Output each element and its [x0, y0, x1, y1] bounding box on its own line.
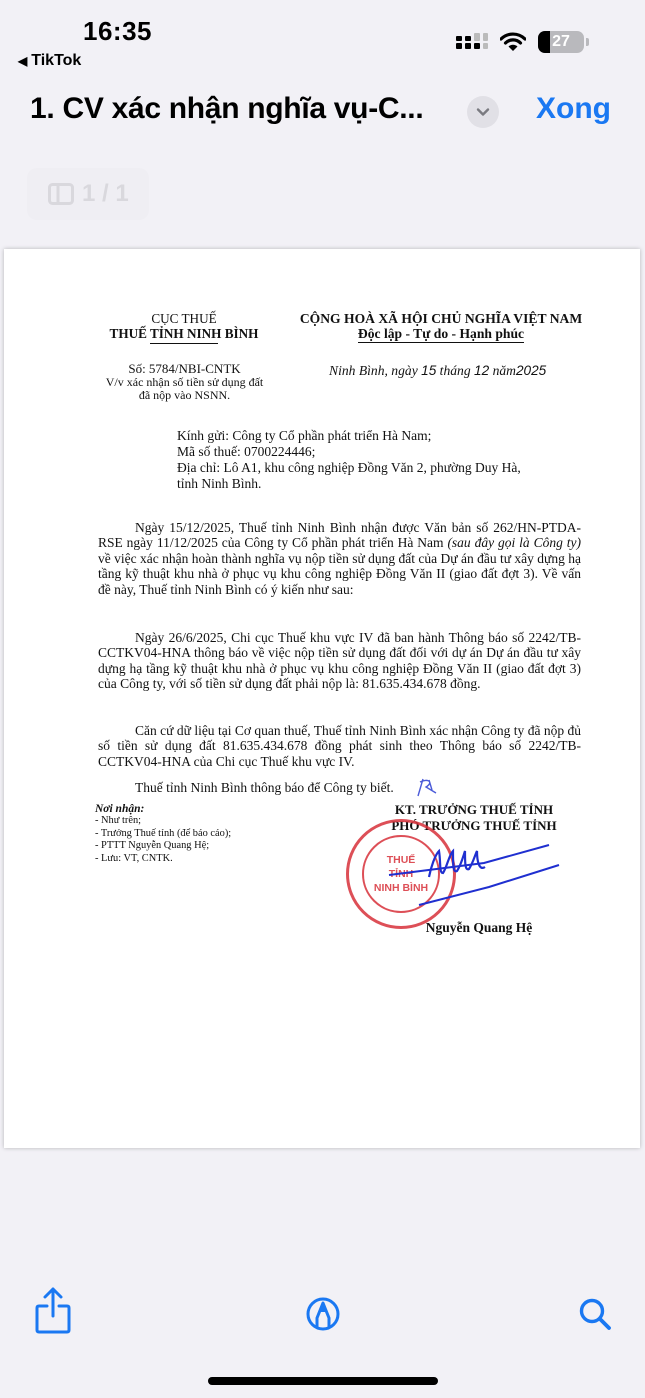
chevron-down-icon	[476, 107, 490, 117]
recipient-line: Mã số thuế: 0700224446;	[177, 444, 597, 460]
header-right: CỘNG HOÀ XÃ HỘI CHỦ NGHĨA VIỆT NAM Độc l…	[276, 311, 606, 343]
title-menu-button[interactable]	[467, 96, 499, 128]
agency-name: CỤC THUẾ	[94, 311, 274, 326]
distribution-title: Nơi nhận:	[95, 803, 295, 815]
paragraph-3: Căn cứ dữ liệu tại Cơ quan thuế, Thuế tỉ…	[98, 723, 581, 769]
distribution-item: - Trưởng Thuế tỉnh (để báo cáo);	[95, 828, 295, 840]
subject-line-1: V/v xác nhận số tiền sử dụng đất	[92, 376, 277, 390]
paragraph-1-text-cont: về việc xác nhận hoàn thành nghĩa vụ nộp…	[98, 551, 581, 597]
markup-pen-icon[interactable]	[305, 1296, 341, 1332]
signature-line-1: KT. TRƯỞNG THUẾ TỈNH	[374, 802, 574, 818]
office-name: THUẾ TỈNH NINH BÌNH	[94, 326, 274, 341]
recipient-line: tỉnh Ninh Bình.	[177, 476, 597, 492]
national-motto: Độc lập - Tự do - Hạnh phúc	[358, 326, 524, 343]
header-left: CỤC THUẾ THUẾ TỈNH NINH BÌNH	[94, 311, 274, 344]
distribution-item: - Như trên;	[95, 815, 295, 827]
wifi-icon	[500, 32, 526, 52]
document-title[interactable]: 1. CV xác nhận nghĩa vụ-C...	[30, 92, 423, 126]
date-day: 15	[421, 363, 436, 378]
page-count: 1 / 1	[82, 180, 129, 208]
search-icon[interactable]	[578, 1297, 614, 1333]
signal-icon	[456, 33, 488, 51]
date-month: 12	[474, 363, 489, 378]
status-time: 16:35	[83, 16, 152, 47]
distribution-list: Nơi nhận: - Như trên; - Trưởng Thuế tỉnh…	[95, 803, 295, 865]
signer-name: Nguyễn Quang Hệ	[399, 920, 559, 936]
paragraph-1-italic: (sau đây gọi là Công ty)	[447, 535, 581, 550]
office-name-text: THUẾ TỈNH NINH BÌNH	[110, 326, 259, 341]
date-place: Ninh Bình, ngày	[329, 363, 418, 378]
paragraph-4: Thuế tỉnh Ninh Bình thông báo để Công ty…	[98, 780, 581, 795]
back-triangle-icon: ◀	[18, 54, 27, 68]
battery-level: 27	[552, 33, 570, 51]
paragraph-2: Ngày 26/6/2025, Chi cục Thuế khu vực IV …	[98, 630, 581, 692]
share-icon[interactable]	[34, 1286, 72, 1336]
battery-fill	[538, 31, 550, 53]
subject-line-2: đã nộp vào NSNN.	[92, 389, 277, 403]
back-app-label: TikTok	[31, 52, 81, 70]
initials-mark-icon	[414, 776, 440, 800]
sidebar-icon	[48, 183, 74, 205]
back-to-app-button[interactable]: ◀ TikTok	[18, 52, 81, 70]
recipient-line: Địa chỉ: Lô A1, khu công nghiệp Đồng Văn…	[177, 460, 597, 476]
paragraph-1: Ngày 15/12/2025, Thuế tỉnh Ninh Bình nhậ…	[98, 520, 581, 597]
home-indicator[interactable]	[208, 1377, 438, 1385]
distribution-item: - PTTT Nguyễn Quang Hệ;	[95, 840, 295, 852]
done-button[interactable]: Xong	[536, 92, 611, 126]
country-name: CỘNG HOÀ XÃ HỘI CHỦ NGHĨA VIỆT NAM	[276, 311, 606, 326]
battery-icon: 27	[538, 31, 584, 53]
recipient-line: Kính gửi: Công ty Cổ phần phát triển Hà …	[177, 428, 597, 444]
page-indicator[interactable]: 1 / 1	[27, 168, 149, 220]
recipient-block: Kính gửi: Công ty Cổ phần phát triển Hà …	[177, 428, 597, 492]
date-year: 2025	[516, 363, 546, 378]
document-page[interactable]: CỤC THUẾ THUẾ TỈNH NINH BÌNH Số: 5784/NB…	[4, 249, 640, 1148]
status-icons: 27	[456, 31, 589, 53]
date-month-label: tháng	[440, 363, 471, 378]
document-reference: Số: 5784/NBI-CNTK V/v xác nhận số tiền s…	[92, 362, 277, 403]
battery-nub	[586, 38, 589, 46]
distribution-item: - Lưu: VT, CNTK.	[95, 853, 295, 865]
document-number: Số: 5784/NBI-CNTK	[92, 362, 277, 376]
document-date: Ninh Bình, ngày 15 tháng 12 năm2025	[329, 363, 609, 378]
date-year-label: năm	[493, 363, 516, 378]
handwritten-signature-icon	[369, 837, 564, 917]
office-underline	[150, 343, 218, 344]
